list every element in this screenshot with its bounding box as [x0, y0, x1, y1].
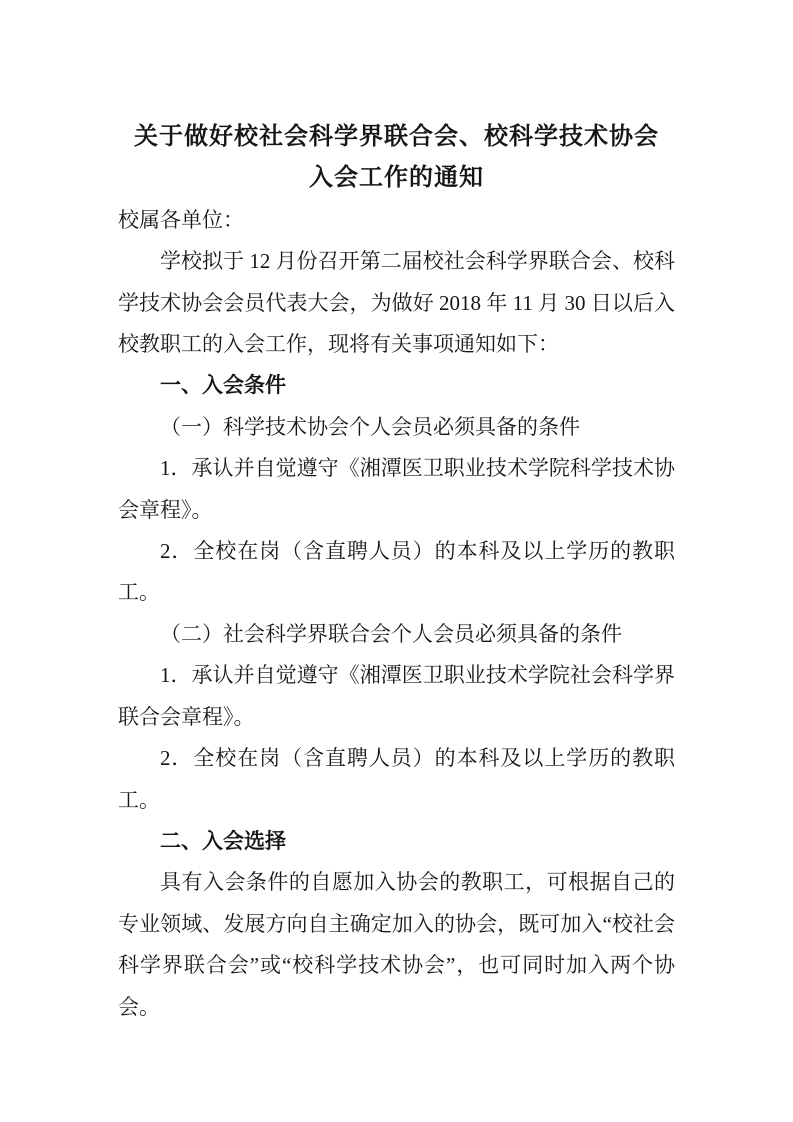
salutation: 校属各单位：: [118, 200, 675, 241]
title-line-1: 关于做好校社会科学界联合会、校科学技术协会: [118, 117, 675, 158]
document-page: 关于做好校社会科学界联合会、校科学技术协会 入会工作的通知 校属各单位： 学校拟…: [0, 0, 793, 1122]
section-1-sub-1-heading: （一）科学技术协会个人会员必须具备的条件: [118, 407, 675, 448]
section-2-paragraph: 具有入会条件的自愿加入协会的教职工，可根据自己的专业领域、发展方向自主确定加入的…: [118, 862, 675, 1028]
intro-paragraph: 学校拟于 12 月份召开第二届校社会科学界联合会、校科学技术协会会员代表大会，为…: [118, 241, 675, 365]
title-line-2: 入会工作的通知: [118, 158, 675, 199]
section-1-sub-2-heading: （二）社会科学界联合会个人会员必须具备的条件: [118, 614, 675, 655]
section-1-sub-2-item-1: 1．承认并自觉遵守《湘潭医卫职业技术学院社会科学界联合会章程》。: [118, 655, 675, 738]
section-1-sub-1-item-2: 2．全校在岗（含直聘人员）的本科及以上学历的教职工。: [118, 531, 675, 614]
section-1-sub-1-item-1: 1．承认并自觉遵守《湘潭医卫职业技术学院科学技术协会章程》。: [118, 448, 675, 531]
section-2-heading: 二、入会选择: [118, 821, 675, 862]
section-1-sub-2-item-2: 2．全校在岗（含直聘人员）的本科及以上学历的教职工。: [118, 738, 675, 821]
section-1-heading: 一、入会条件: [118, 365, 675, 406]
document-title: 关于做好校社会科学界联合会、校科学技术协会 入会工作的通知: [118, 117, 675, 200]
